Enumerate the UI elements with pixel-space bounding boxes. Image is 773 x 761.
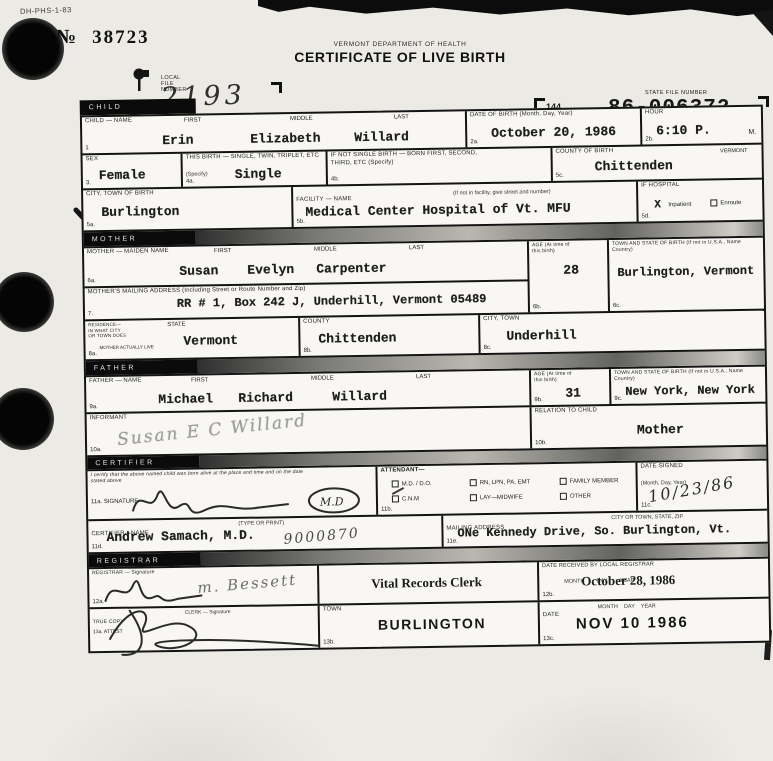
mother-block-row: MOTHER — MAIDEN NAME FIRST MIDDLE LAST 6… xyxy=(84,238,764,322)
field-number: 11d. xyxy=(92,544,103,550)
city-of-birth-label: CITY, TOWN OF BIRTH xyxy=(86,188,288,199)
mother-left-column: MOTHER — MAIDEN NAME FIRST MIDDLE LAST 6… xyxy=(84,241,530,319)
father-name-cell: FATHER — NAME FIRST MIDDLE LAST 9a. Mich… xyxy=(86,370,531,412)
this-birth-cell: THIS BIRTH — SINGLE, TWIN, TRIPLET, ETC … xyxy=(182,151,328,186)
field-number: 9a. xyxy=(89,404,97,410)
enroute-option: Enroute xyxy=(710,199,741,207)
middle-column-label: MIDDLE xyxy=(290,116,313,122)
father-birth-town-value: New York, New York xyxy=(625,383,755,399)
city-of-birth-cell: CITY, TOWN OF BIRTH 5a. Burlington xyxy=(83,187,294,230)
county-of-birth-cell: COUNTY OF BIRTH VERMONT 5c. Chittenden xyxy=(552,145,761,181)
field-number: 5b. xyxy=(297,219,305,225)
town-cell: TOWN 13b. BURLINGTON xyxy=(320,602,541,647)
lay-midwife-checkbox xyxy=(470,494,477,501)
field-number: 9b. xyxy=(534,397,542,403)
registrar-attest-row: TRUE COPY CLERK — Signature 13a. ATTEST … xyxy=(90,599,770,652)
field-number: 3. xyxy=(86,180,91,186)
residence-label-3: OR TOWN DOES xyxy=(88,333,150,340)
enroute-option-label: Enroute xyxy=(720,200,741,206)
residence-county-label: COUNTY xyxy=(303,316,475,326)
middle-column-label: MIDDLE xyxy=(314,246,337,252)
hole-punch-icon xyxy=(2,18,64,80)
mother-first-name: Susan xyxy=(179,263,218,279)
father-age-label-2: this birth) xyxy=(534,376,606,383)
hour-cell: HOUR 2b. 6:10 P. M. xyxy=(642,107,762,145)
family-member-checkbox xyxy=(560,478,567,485)
department-name: VERMONT DEPARTMENT OF HEALTH xyxy=(240,41,560,48)
child-first-name: Erin xyxy=(162,133,193,148)
this-birth-value: Single xyxy=(235,166,282,182)
cnm-checkbox xyxy=(392,495,399,502)
field-number: 8a. xyxy=(89,351,97,357)
corner-mark xyxy=(271,82,282,93)
residence-city-cell: CITY, TOWN 8c. Underhill xyxy=(480,311,765,353)
field-number: 2a. xyxy=(470,139,478,145)
date-of-birth-cell: DATE OF BIRTH (Month, Day, Year) 2a. Oct… xyxy=(467,109,643,148)
field-number: 4a. xyxy=(186,179,194,185)
county-corner-label: VERMONT xyxy=(720,148,748,154)
dob-value: October 20, 1986 xyxy=(491,124,616,141)
mother-mailing-value: RR # 1, Box 242 J, Underhill, Vermont 05… xyxy=(177,292,487,311)
informant-cell: INFORMANT 10a. Susan E C Willard xyxy=(87,407,533,455)
field-number: 1 xyxy=(85,145,88,151)
field-number: 12b. xyxy=(542,592,554,598)
attest-cell: TRUE COPY CLERK — Signature 13a. ATTEST xyxy=(90,606,321,652)
torn-scan-edge xyxy=(258,0,773,17)
field-number: 10b. xyxy=(535,440,547,446)
certifier-section-label: CERTIFIER xyxy=(87,456,199,470)
field-number: 6a. xyxy=(87,278,95,284)
certifier-name-sublabel: (TYPE OR PRINT) xyxy=(238,520,284,527)
father-birth-town-label: TOWN AND STATE OF BIRTH (If not in U.S.A… xyxy=(614,368,762,383)
county-value: Chittenden xyxy=(595,158,673,174)
certifier-signature-scrawl: M.D xyxy=(128,477,374,519)
facility-sublabel: (If not in facility, give street and num… xyxy=(453,189,551,197)
town-label: TOWN xyxy=(323,603,535,614)
residence-county-value: Chittenden xyxy=(318,330,396,346)
pin-flag-icon xyxy=(133,68,151,92)
last-column-label: LAST xyxy=(416,374,431,380)
certifier-signature-md: M.D xyxy=(319,495,344,508)
child-middle-name: Elizabeth xyxy=(250,131,320,147)
mailing-city-label: CITY OR TOWN, STATE, ZIP xyxy=(611,514,683,521)
date-stamp-value: NOV 10 1986 xyxy=(576,614,689,633)
mother-last-name: Carpenter xyxy=(316,261,386,277)
state-column-label: STATE xyxy=(167,322,186,328)
father-age-value: 31 xyxy=(565,386,581,401)
father-middle-name: Richard xyxy=(238,390,293,406)
not-single-birth-cell: IF NOT SINGLE BIRTH — BORN FIRST, SECOND… xyxy=(327,148,552,185)
facility-label: FACILITY — NAME xyxy=(296,196,352,203)
field-number: 7. xyxy=(88,311,93,317)
form-code: DH-PHS-1-83 xyxy=(20,5,72,16)
scanned-birth-certificate: DH-PHS-1-83 №38723 VERMONT DEPARTMENT OF… xyxy=(0,0,773,761)
serial-digits: 38723 xyxy=(92,27,150,48)
attest-signature-scrawl xyxy=(95,591,346,661)
attendant-option-cnm: C.N.M xyxy=(392,495,419,503)
this-birth-sublabel: (Specify) xyxy=(186,171,208,177)
facility-cell: FACILITY — NAME (If not in facility, giv… xyxy=(293,182,639,227)
father-age-cell: AGE (At time of this birth) 9b. 31 xyxy=(531,369,612,405)
if-hospital-cell: IF HOSPITAL 5d. X Inpatient Enroute xyxy=(638,180,763,222)
clerk-title-cell: Vital Records Clerk xyxy=(319,562,540,603)
field-number: 2b. xyxy=(645,136,653,142)
residence-state-cell: RESIDENCE— IN WHAT CITY OR TOWN DOES MOT… xyxy=(85,318,301,359)
father-section-label: FATHER xyxy=(86,360,198,376)
date-received-label: DATE RECEIVED BY LOCAL REGISTRAR xyxy=(542,560,765,570)
attendant-label: ATTENDANT— xyxy=(380,464,632,475)
field-number: 5d. xyxy=(641,213,649,219)
certifier-signature-cell: I certify that the above named child was… xyxy=(87,467,378,520)
father-last-name: Willard xyxy=(332,389,387,405)
attendant-option-rn: RN, LPN, PA, EMT xyxy=(470,478,531,486)
date-received-value: October 28, 1986 xyxy=(581,572,675,589)
mother-age-cell: AGE (At time of this birth) 6b. 28 xyxy=(529,240,610,312)
clerk-title: Vital Records Clerk xyxy=(371,574,482,592)
city-of-birth-value: Burlington xyxy=(101,204,179,220)
enroute-checkbox xyxy=(710,199,717,206)
field-number: 9c. xyxy=(614,396,622,402)
sex-value: Female xyxy=(99,167,146,183)
field-number: 4b. xyxy=(331,176,339,182)
serial-number: №38723 xyxy=(56,26,150,49)
attendant-option-other: OTHER xyxy=(560,492,591,500)
hour-meridiem: M. xyxy=(748,129,756,136)
mother-birth-town-label: TOWN AND STATE OF BIRTH (If not in U.S.A… xyxy=(612,239,760,254)
attendant-option-md-do: M.D. / D.O. xyxy=(392,480,432,488)
other-checkbox xyxy=(560,493,567,500)
attendant-option-family: FAMILY MEMBER xyxy=(560,477,619,485)
last-column-label: LAST xyxy=(409,245,424,251)
form-grid: CHILD — NAME FIRST MIDDLE LAST 1 Erin El… xyxy=(80,105,771,654)
registrar-section-label: REGISTRAR xyxy=(89,553,201,568)
local-file-number-block: LOCAL FILE NUMBER 2193 xyxy=(133,68,151,97)
attendant-option-lay-midwife: LAY—MIDWIFE xyxy=(470,493,523,501)
relation-to-child-cell: RELATION TO CHILD 10b. Mother xyxy=(532,404,767,449)
last-column-label: LAST xyxy=(394,114,409,120)
middle-column-label: MIDDLE xyxy=(311,375,334,381)
field-number: 11e. xyxy=(447,538,458,544)
hole-punch-icon xyxy=(0,272,54,332)
this-birth-label: THIS BIRTH — SINGLE, TWIN, TRIPLET, ETC xyxy=(186,153,323,163)
residence-state-value: Vermont xyxy=(183,333,238,349)
hour-value: 6:10 P. xyxy=(656,122,711,138)
sex-label: SEX xyxy=(86,155,178,164)
attendant-cell: ATTENDANT— 11b. M.D. / D.O. RN, LPN, PA,… xyxy=(377,463,638,515)
date-stamp-cell: DATE MONTH DAY YEAR 13c. NOV 10 1986 xyxy=(540,599,770,645)
field-number: 10a. xyxy=(90,447,102,453)
field-number: 13c. xyxy=(543,636,554,642)
residence-city-label: CITY, TOWN xyxy=(483,312,761,324)
certifier-name-cell: CERTIFIER—NAME (TYPE OR PRINT) 11d. Andr… xyxy=(88,516,443,553)
inpatient-option-label: Inpatient xyxy=(668,202,691,208)
field-number: 6b. xyxy=(533,304,541,310)
field-number: 6c. xyxy=(613,303,621,309)
date-label: DATE xyxy=(543,612,559,618)
date-sublabel: MONTH DAY YEAR xyxy=(598,603,656,610)
hospital-x-mark: X xyxy=(654,199,661,211)
date-signed-cell: DATE SIGNED (Month, Day, Year) 11c. 10/2… xyxy=(637,461,767,511)
rn-checkbox xyxy=(470,479,477,486)
date-received-cell: DATE RECEIVED BY LOCAL REGISTRAR MONTH D… xyxy=(539,559,769,601)
numero-sign: № xyxy=(56,26,76,48)
field-number: 11b. xyxy=(381,507,392,513)
mother-section-label: MOTHER xyxy=(84,231,196,247)
residence-label-4: MOTHER ACTUALLY LIVE xyxy=(99,344,153,350)
mother-birth-town-cell: TOWN AND STATE OF BIRTH (If not in U.S.A… xyxy=(609,238,764,311)
certifier-mailing-value: ONe Kennedy Drive, So. Burlington, Vt. xyxy=(457,522,731,540)
facility-value: Medical Center Hospital of Vt. MFU xyxy=(305,201,570,220)
first-column-label: FIRST xyxy=(184,117,201,123)
sex-cell: SEX 3. Female xyxy=(83,154,184,189)
certifier-name-value: Andrew Samach, M.D. xyxy=(106,528,254,545)
first-column-label: FIRST xyxy=(191,377,208,383)
md-do-checkbox xyxy=(392,480,399,487)
first-column-label: FIRST xyxy=(214,248,231,254)
dob-label: DATE OF BIRTH (Month, Day, Year) xyxy=(470,110,637,120)
father-birth-town-cell: TOWN AND STATE OF BIRTH (If not in U.S.A… xyxy=(611,367,766,404)
hour-label: HOUR xyxy=(645,108,758,117)
certifier-mailing-cell: MAILING ADDRESS CITY OR TOWN, STATE, ZIP… xyxy=(443,511,767,547)
mother-birth-town-value: Burlington, Vermont xyxy=(617,264,754,280)
town-value: BURLINGTON xyxy=(378,615,486,633)
field-number: 8b. xyxy=(304,348,312,354)
father-first-name: Michael xyxy=(158,391,213,407)
relation-value: Mother xyxy=(637,422,684,438)
hole-punch-icon xyxy=(0,388,54,450)
mother-age-value: 28 xyxy=(563,263,579,278)
mother-middle-name: Evelyn xyxy=(247,262,294,278)
mother-age-label-2: this birth) xyxy=(532,247,604,254)
date-signed-label: DATE SIGNED xyxy=(640,462,763,471)
residence-county-cell: COUNTY 8b. Chittenden xyxy=(300,315,481,356)
mother-name-cell: MOTHER — MAIDEN NAME FIRST MIDDLE LAST 6… xyxy=(84,241,530,288)
relation-label: RELATION TO CHILD xyxy=(535,405,763,416)
field-number: 8c. xyxy=(484,345,492,351)
child-name-cell: CHILD — NAME FIRST MIDDLE LAST 1 Erin El… xyxy=(82,111,468,153)
mother-mailing-cell: MOTHER'S MAILING ADDRESS (Including Stre… xyxy=(85,281,530,319)
residence-city-value: Underhill xyxy=(506,328,576,344)
field-number: 5a. xyxy=(87,222,95,228)
child-last-name: Willard xyxy=(354,129,409,145)
certificate-form: CHILD CHILD — NAME FIRST MIDDLE LAST 1 E… xyxy=(80,90,772,654)
if-hospital-label: IF HOSPITAL xyxy=(641,181,759,190)
certifier-license-number: 9000870 xyxy=(283,525,360,547)
document-title: CERTIFICATE OF LIVE BIRTH xyxy=(240,49,560,65)
date-signed-value: 10/23/86 xyxy=(647,472,737,506)
field-number: 5c. xyxy=(556,173,564,179)
